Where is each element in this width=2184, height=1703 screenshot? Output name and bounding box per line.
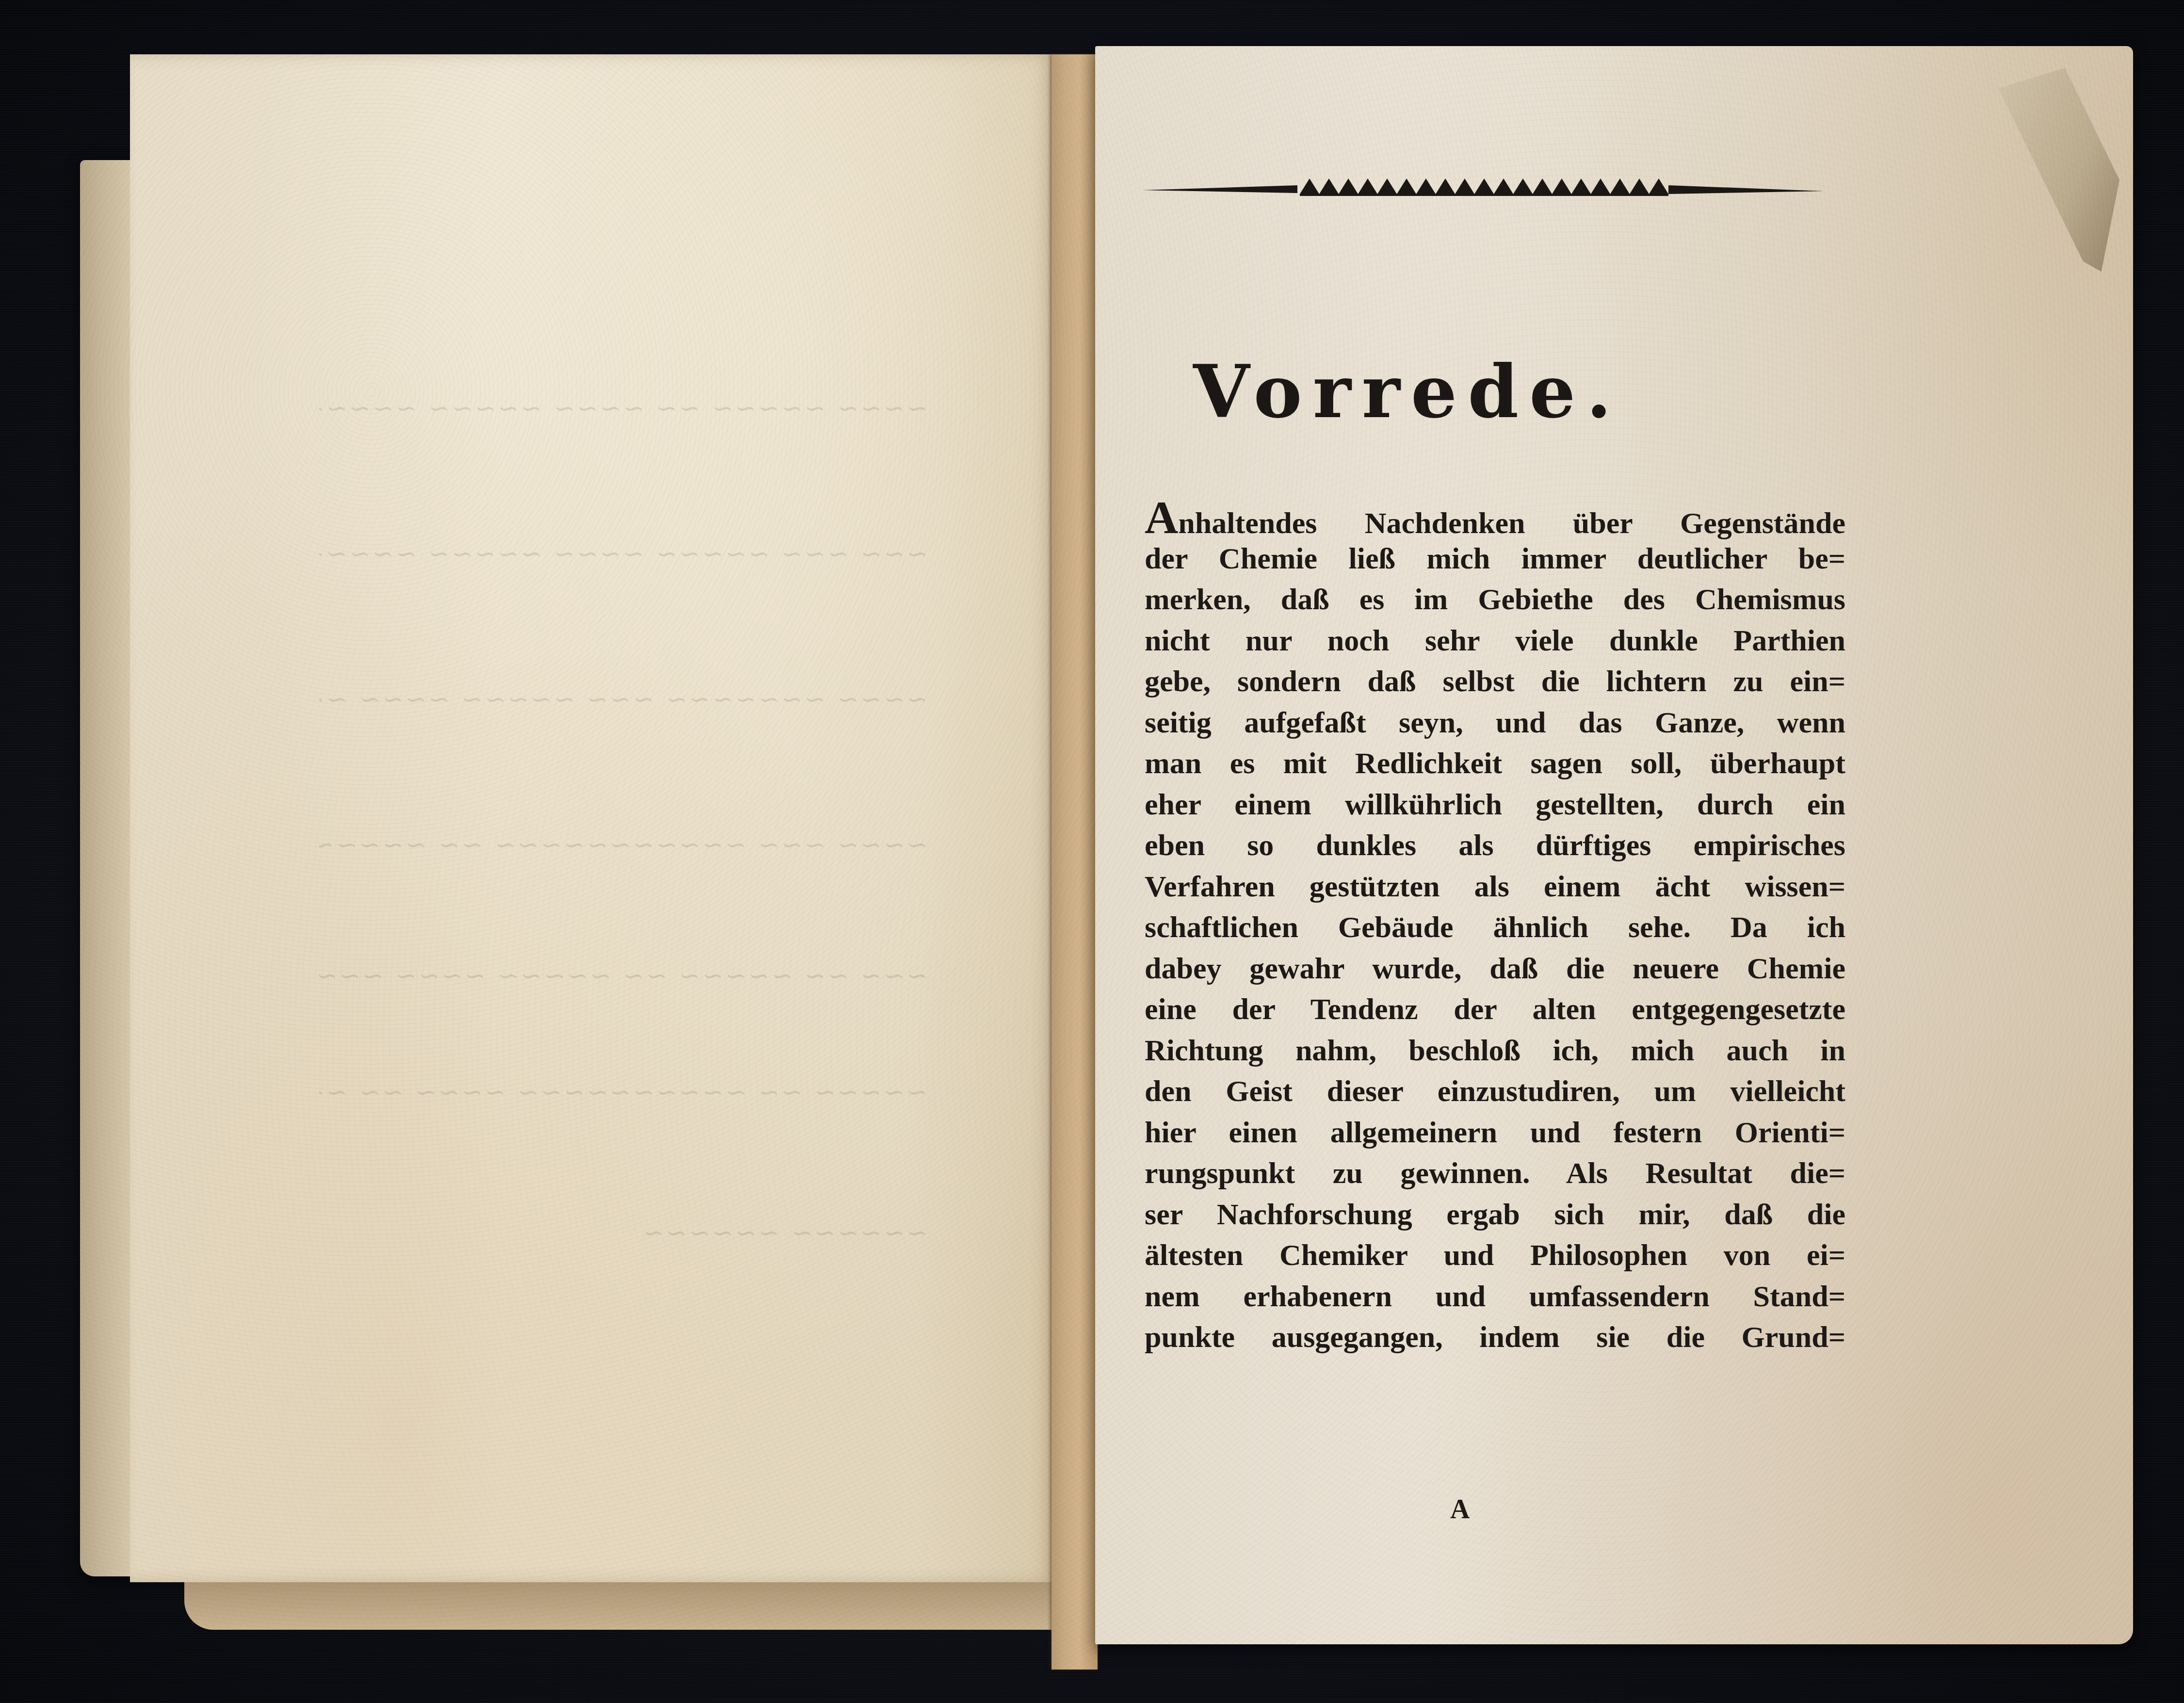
text-line: der Chemie ließ mich immer deutlicher be…: [1145, 538, 1845, 580]
bleed-through-line: ~~~~ ~~~ ~~~~~~~~~~~ ~~ ~~~~~~: [319, 830, 928, 860]
text-line: gebe, sondern daß selbst die lichtern zu…: [1145, 661, 1845, 702]
headpiece-ornament-icon: [1142, 175, 1824, 199]
text-line: punkte ausgegangen, indem sie die Grund=: [1145, 1317, 1845, 1358]
text-line: seitig aufgefaßt seyn, und das Ganze, we…: [1145, 702, 1845, 744]
text-line: eher einem willkührlich gestellten, durc…: [1145, 784, 1845, 826]
text-line: eine der Tendenz der alten entgegengeset…: [1145, 989, 1845, 1030]
text-line: man es mit Redlichkeit sagen soll, überh…: [1145, 743, 1845, 784]
bleed-through-line: ~~~~ ~~~~~ ~~ ~~~~ ~~~~~ ~~~~~: [319, 394, 928, 423]
bleed-through-line: ~~~~~ ~~ ~~~~~~~~~~ ~~~~ ~~ ~~~: [319, 1078, 928, 1107]
text-line: schaftlichen Gebäude ähnlich sehe. Da ic…: [1145, 907, 1845, 948]
bleed-through-line: ~~~ ~~ ~~~~~ ~~ ~~~~~ ~~~~ ~~~: [319, 961, 928, 990]
text-line: den Geist dieser einzustudiren, um viell…: [1145, 1071, 1845, 1112]
text-line: nem erhabenern und umfassendern Stand=: [1145, 1276, 1845, 1317]
book-spine-gutter: [1052, 54, 1098, 1670]
text-line: Anhaltendes Nachdenken über Gegenstände: [1145, 497, 1845, 538]
text-line: dabey gewahr wurde, daß die neuere Chemi…: [1145, 948, 1845, 989]
bleed-through-line: ~~~ ~~~ ~~~~~ ~~~~ ~~~~~ ~~~~~~: [319, 539, 928, 568]
text-line: rungspunkt zu gewinnen. Als Resultat die…: [1145, 1153, 1845, 1194]
text-line: ältesten Chemiker und Philosophen von ei…: [1145, 1235, 1845, 1276]
bleed-through-line: ~~~~~~ ~~~~~~: [431, 1218, 928, 1248]
text-line: Richtung nahm, beschloß ich, mich auch i…: [1145, 1030, 1845, 1071]
bleed-through-line: ~~~~ ~~~~~~~ ~~~ ~~~~~ ~~~~ ~~~~: [319, 685, 928, 714]
body-text: Anhaltendes Nachdenken über Gegenstände …: [1145, 497, 1845, 1358]
text-line: Verfahren gestützten als einem ächt wiss…: [1145, 866, 1845, 908]
text-line: nicht nur noch sehr viele dunkle Parthie…: [1145, 620, 1845, 662]
text-line: merken, daß es im Gebiethe des Chemismus: [1145, 579, 1845, 620]
page-title: Vorrede.: [1193, 349, 1620, 435]
text-line: eben so dunkles als dürftiges empirische…: [1145, 825, 1845, 866]
signature-mark: A: [1450, 1494, 1470, 1525]
text-line: ser Nachforschung ergab sich mir, daß di…: [1145, 1194, 1845, 1235]
text-line: hier einen allgemeinern und festern Orie…: [1145, 1112, 1845, 1153]
left-page: ~~~~ ~~~~~ ~~ ~~~~ ~~~~~ ~~~~~ ~~~ ~~~ ~…: [130, 54, 1054, 1582]
